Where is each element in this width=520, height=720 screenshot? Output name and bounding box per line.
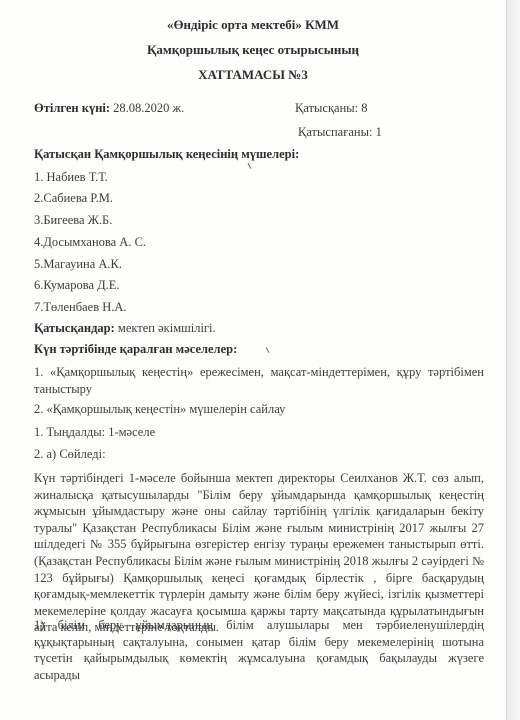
agenda-item: 2. «Қамқоршылық кеңестін» мүшелерін сайл… [34,402,285,417]
body-paragraph: Күн тәртібіндегі 1-мәселе бойынша мектеп… [34,470,484,636]
agenda-item: 1. «Қамқоршылық кеңестің» ережесімен, ма… [34,364,484,397]
member-item: 2.Сабиева Р.М. [34,191,113,206]
council-title: Қамқоршылық кеңес отырысының [0,42,506,58]
attendees-label: Қатысқандар: [34,321,115,335]
member-item: 4.Досымханова А. С. [34,235,146,250]
member-item: 3.Бигеева Ж.Б. [34,213,112,228]
stray-mark [248,163,252,169]
protocol-title: ХАТТАМАСЫ №3 [0,67,506,83]
scan-edge [507,0,520,720]
member-item: 5.Магауина А.К. [34,257,122,272]
member-item: 6.Кумарова Д.Е. [34,278,120,293]
members-heading: Қатысқан Қамқоршылық кеңесінің мүшелері: [34,147,299,162]
document-page: «Өндіріс орта мектебі» КММ Қамқоршылық к… [0,0,507,720]
member-item: 7.Төленбаев Н.А. [34,300,127,315]
attendees-value: мектеп әкімшілігі. [118,321,216,335]
heard-line: 1. Тыңдалды: 1-мәселе [34,425,155,440]
spoke-line: 2. а) Сөйледі: [34,447,106,462]
body-paragraph: 1) білім беру ұйымдарының білім алушылар… [34,617,484,683]
date-label: Өтілген күні: [34,101,110,115]
stray-mark [266,347,270,353]
date-value: 28.08.2020 ж. [113,101,184,115]
absent-count: Қатыспағаны: 1 [298,125,382,140]
org-title: «Өндіріс орта мектебі» КММ [0,17,506,33]
meeting-date: Өтілген күні: 28.08.2020 ж. [34,101,184,116]
member-item: 1. Набиев Т.Т. [34,170,108,185]
agenda-heading: Күн тәртібінде қаралған мәселелер: [34,342,237,357]
attendees-line: Қатысқандар: мектеп әкімшілігі. [34,321,216,336]
present-count: Қатысқаны: 8 [295,101,368,116]
